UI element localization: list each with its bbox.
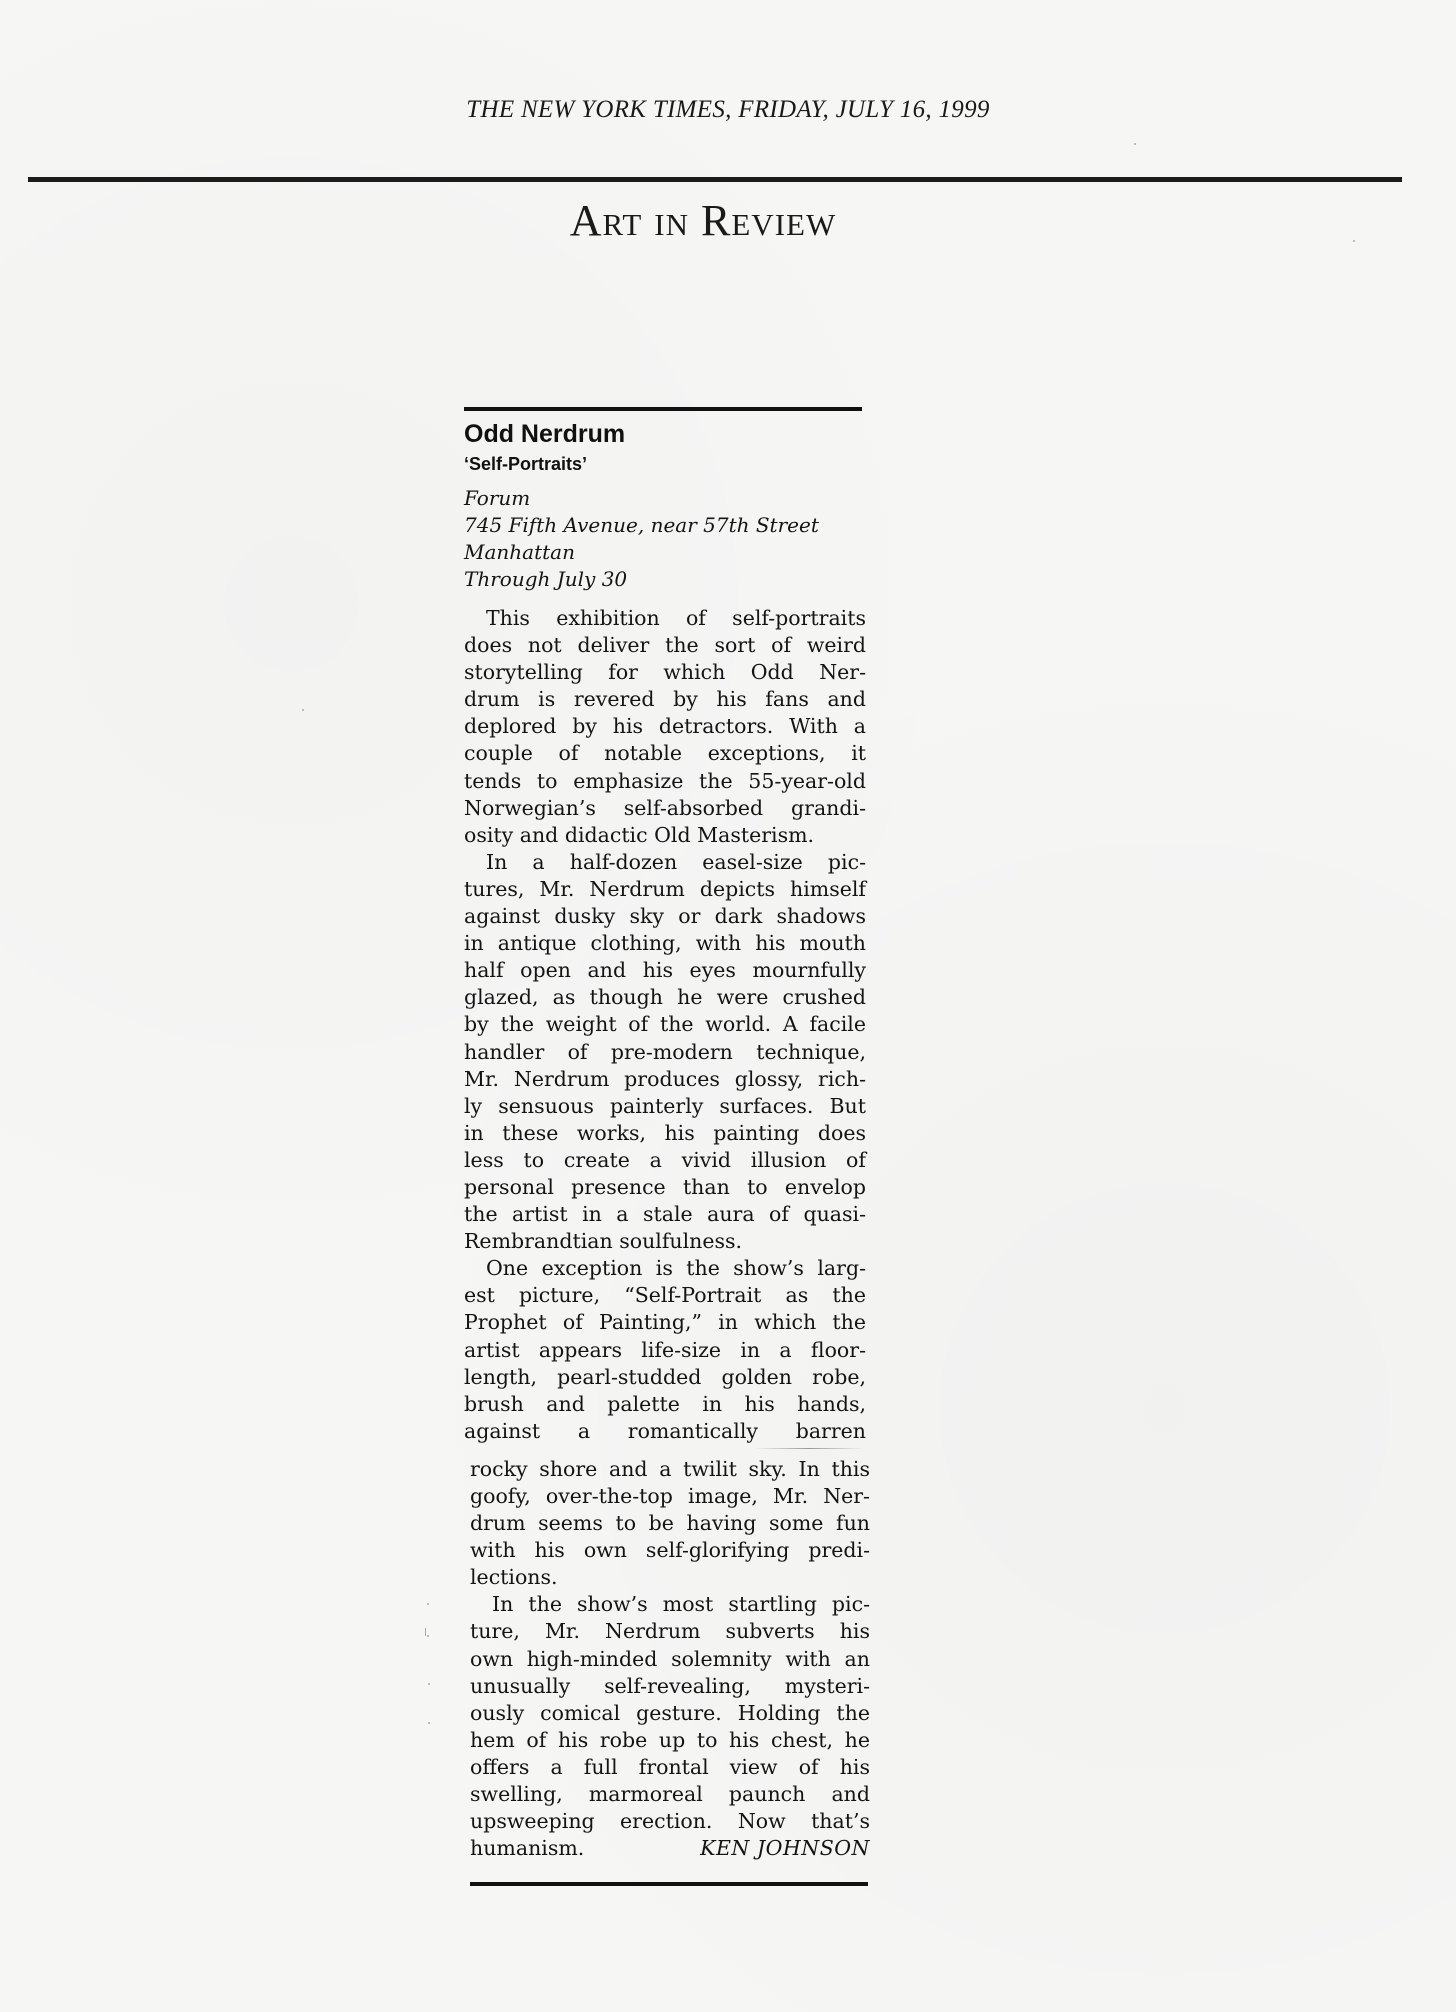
venue-info: Forum 745 Fifth Avenue, near 57th Street…	[464, 485, 866, 593]
scan-speck	[427, 1603, 429, 1605]
article-top-rule	[464, 407, 862, 411]
body-line: osity and didactic Old Masterism.	[464, 822, 866, 849]
body-line: This exhibition of self-portraits	[464, 605, 866, 632]
body-line: rocky shore and a twilit sky. In this	[470, 1456, 870, 1483]
body-line: brush and palette in his hands,	[464, 1391, 866, 1418]
body-line: by the weight of the world. A facile	[464, 1011, 866, 1038]
body-line: handler of pre-modern technique,	[464, 1039, 866, 1066]
body-line: glazed, as though he were crushed	[464, 984, 866, 1011]
body-line: drum seems to be having some fun	[470, 1510, 870, 1537]
body-line: drum is revered by his fans and	[464, 686, 866, 713]
clipping-seam	[464, 1445, 866, 1456]
body-line: goofy, over-the-top image, Mr. Ner-	[470, 1483, 870, 1510]
body-line: ly sensuous painterly surfaces. But	[464, 1093, 866, 1120]
body-line: deplored by his detractors. With a	[464, 713, 866, 740]
body-line: the artist in a stale aura of quasi-	[464, 1201, 866, 1228]
body-line: lections.	[470, 1564, 870, 1591]
body-line: ously comical gesture. Holding the	[470, 1700, 870, 1727]
scan-speck	[427, 1635, 429, 1637]
body-line: personal presence than to envelop	[464, 1174, 866, 1201]
body-line: against dusky sky or dark shadows	[464, 903, 866, 930]
signature-line: humanism. KEN JOHNSON	[470, 1835, 870, 1862]
body-line: couple of notable exceptions, it	[464, 740, 866, 767]
body-line: In a half-dozen easel-size pic-	[464, 849, 866, 876]
scan-speck	[1353, 240, 1355, 242]
body-line: upsweeping erection. Now that’s	[470, 1808, 870, 1835]
body-line: tends to emphasize the 55-year-old	[464, 768, 866, 795]
byline: KEN JOHNSON	[700, 1835, 870, 1862]
body-line: Norwegian’s self-absorbed grandi-	[464, 795, 866, 822]
body-line: offers a full frontal view of his	[470, 1754, 870, 1781]
body-line: hem of his robe up to his chest, he	[470, 1727, 870, 1754]
body-line: tures, Mr. Nerdrum depicts himself	[464, 876, 866, 903]
newspaper-clipping: THE NEW YORK TIMES, FRIDAY, JULY 16, 199…	[0, 0, 1456, 2012]
article-bottom-rule	[470, 1882, 868, 1886]
body-line: Rembrandtian soulfulness.	[464, 1228, 866, 1255]
dateline: THE NEW YORK TIMES, FRIDAY, JULY 16, 199…	[0, 96, 1456, 124]
body-line: swelling, marmoreal paunch and	[470, 1781, 870, 1808]
body-line: does not deliver the sort of weird	[464, 632, 866, 659]
show-title: ‘Self-Portraits’	[464, 451, 866, 477]
body-line: length, pearl-studded golden robe,	[464, 1364, 866, 1391]
body-line: est picture, “Self-Portrait as the	[464, 1282, 866, 1309]
body-line: One exception is the show’s larg-	[464, 1255, 866, 1282]
body-line: half open and his eyes mournfully	[464, 957, 866, 984]
venue-borough: Manhattan	[464, 539, 866, 566]
artist-name: Odd Nerdrum	[464, 419, 866, 449]
closing-word: humanism.	[470, 1835, 584, 1862]
body-line: unusually self-revealing, mysteri-	[470, 1673, 870, 1700]
body-line: own high-minded solemnity with an	[470, 1646, 870, 1673]
body-line: storytelling for which Odd Ner-	[464, 659, 866, 686]
body-line: Mr. Nerdrum produces glossy, rich-	[464, 1066, 866, 1093]
body-line: In the show’s most startling pic-	[470, 1591, 870, 1618]
scan-speck	[1134, 143, 1136, 145]
venue-address: 745 Fifth Avenue, near 57th Street	[464, 512, 866, 539]
body-line: against a romantically barren	[464, 1418, 866, 1445]
body-line: artist appears life-size in a floor-	[464, 1337, 866, 1364]
venue-dates: Through July 30	[464, 566, 866, 593]
article-body-column-2: rocky shore and a twilit sky. In this go…	[470, 1456, 870, 1862]
top-rule	[28, 177, 1402, 182]
scan-speck	[428, 1683, 430, 1685]
body-line: with his own self-glorifying predi-	[470, 1537, 870, 1564]
body-line: ture, Mr. Nerdrum subverts his	[470, 1618, 870, 1645]
dateline-text: THE NEW YORK TIMES, FRIDAY, JULY 16, 199…	[466, 96, 989, 123]
body-line: less to create a vivid illusion of	[464, 1147, 866, 1174]
body-line: in antique clothing, with his mouth	[464, 930, 866, 957]
article-body-column-1: This exhibition of self-portraits does n…	[464, 605, 866, 1445]
body-line: in these works, his painting does	[464, 1120, 866, 1147]
scan-speck	[425, 1628, 426, 1636]
body-line: Prophet of Painting,” in which the	[464, 1309, 866, 1336]
scan-speck	[302, 709, 304, 711]
section-title: Art in Review	[0, 196, 1406, 246]
scan-speck	[428, 1722, 430, 1724]
review-article: Odd Nerdrum ‘Self-Portraits’ Forum 745 F…	[464, 407, 866, 1886]
venue-gallery: Forum	[464, 485, 866, 512]
